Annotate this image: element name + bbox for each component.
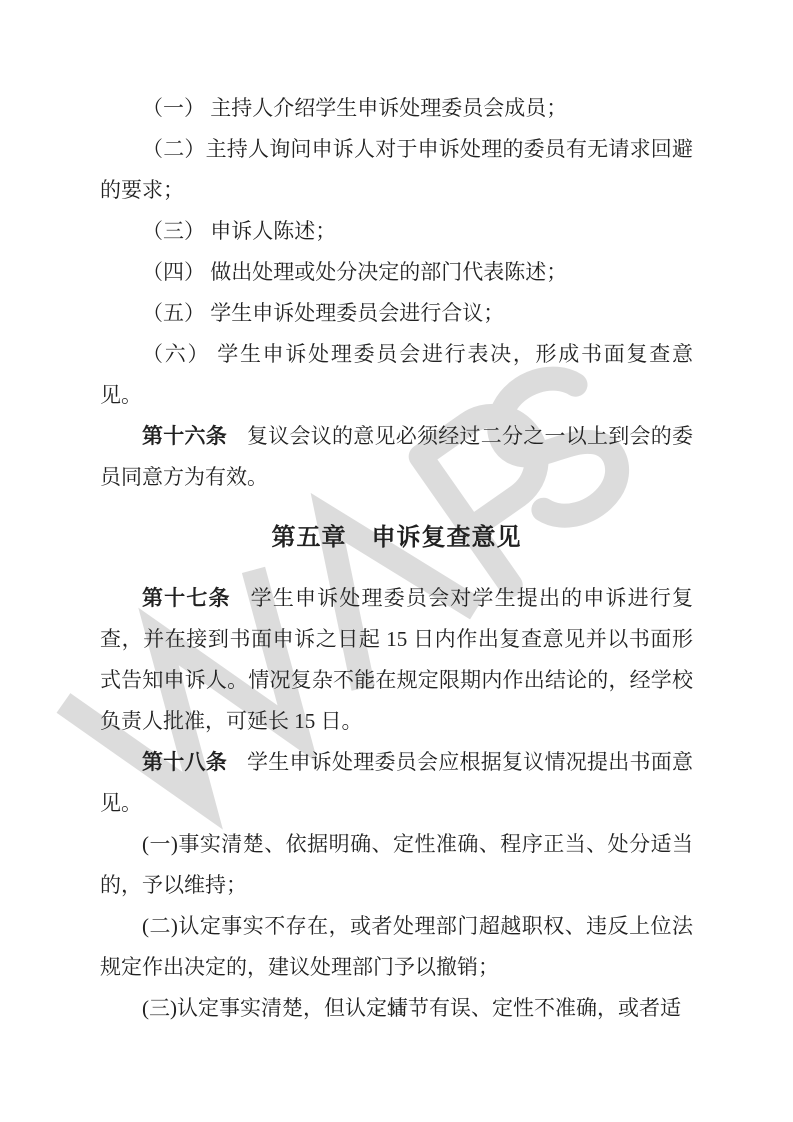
list-item-6: （六） 学生申诉处理委员会进行表决，形成书面复查意见。 [100,334,693,416]
article-18: 第十八条学生申诉处理委员会应根据复议情况提出书面意见。 [100,742,693,824]
list-item-text: （六） 学生申诉处理委员会进行表决，形成书面复查意见。 [100,342,693,407]
document-page: （一） 主持人介绍学生申诉处理委员会成员； （二）主持人询问申诉人对于申诉处理的… [0,0,793,1122]
list-item-3: （三） 申诉人陈述； [100,211,693,252]
list-item-opinion-1: (一)事实清楚、依据明确、定性准确、程序正当、处分适当的，予以维持； [100,824,693,906]
article-18-label: 第十八条 [142,750,247,774]
article-16: 第十六条复议会议的意见必须经过二分之一以上到会的委员同意方为有效。 [100,416,693,498]
article-16-label: 第十六条 [142,424,247,448]
list-item-text: （四） 做出处理或处分决定的部门代表陈述； [142,260,567,284]
article-17-label: 第十七条 [142,586,251,610]
article-17: 第十七条学生申诉处理委员会对学生提出的申诉进行复查，并在接到书面申诉之日起 15… [100,578,693,742]
list-item-text: （二）主持人询问申诉人对于申诉处理的委员有无请求回避的要求； [100,137,693,202]
page-number: - 31 - [0,1000,793,1020]
list-item-text: （三） 申诉人陈述； [142,219,336,243]
chapter-heading: 第五章 申诉复查意见 [100,517,693,559]
list-item-5: （五） 学生申诉处理委员会进行合议； [100,293,693,334]
list-item-2: （二）主持人询问申诉人对于申诉处理的委员有无请求回避的要求； [100,129,693,211]
document-body: （一） 主持人介绍学生申诉处理委员会成员； （二）主持人询问申诉人对于申诉处理的… [100,88,693,1029]
list-item-opinion-2: (二)认定事实不存在，或者处理部门超越职权、违反上位法规定作出决定的，建议处理部… [100,906,693,988]
list-item-text: （一） 主持人介绍学生申诉处理委员会成员； [142,96,567,120]
list-item-1: （一） 主持人介绍学生申诉处理委员会成员； [100,88,693,129]
list-item-text: (一)事实清楚、依据明确、定性准确、程序正当、处分适当的，予以维持； [100,832,693,897]
list-item-4: （四） 做出处理或处分决定的部门代表陈述； [100,252,693,293]
list-item-text: (二)认定事实不存在，或者处理部门超越职权、违反上位法规定作出决定的，建议处理部… [100,914,693,979]
list-item-text: （五） 学生申诉处理委员会进行合议； [142,301,504,325]
